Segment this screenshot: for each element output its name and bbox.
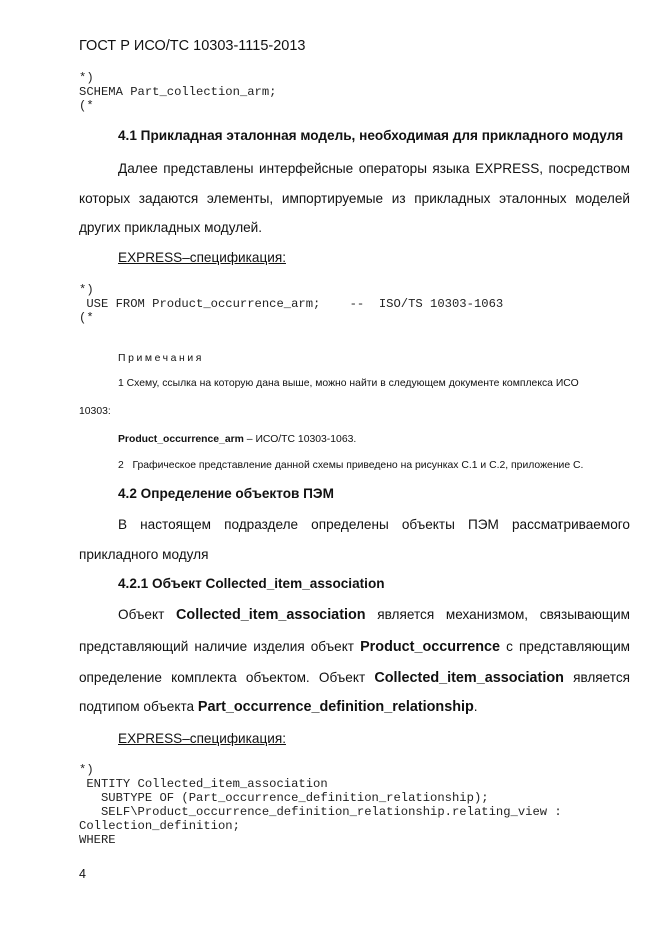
text: определение комплекта объектом. Объект <box>79 670 374 685</box>
document-header: ГОСТ Р ИСО/ТС 10303-1115-2013 <box>79 38 305 54</box>
code-line: SELF\Product_occurrence_definition_relat… <box>79 806 562 820</box>
code-line: ENTITY Collected_item_association <box>79 778 328 792</box>
entity-name: Part_occurrence_definition_relationship <box>198 699 474 715</box>
section-heading-4-2: 4.2 Определение объектов ПЭМ <box>118 486 334 501</box>
code-line: *) <box>79 284 94 298</box>
text: Объект <box>118 607 176 622</box>
note-1-line: 1 Схему, ссылка на которую дана выше, мо… <box>118 378 579 389</box>
paragraph-line: которых задаются элементы, импортируемые… <box>79 191 630 206</box>
section-heading-4-2-1: 4.2.1 Объект Collected_item_association <box>118 576 385 591</box>
code-line: Collection_definition; <box>79 820 240 834</box>
paragraph-line: Далее представлены интерфейсные оператор… <box>79 161 630 176</box>
code-line: SCHEMA Part_collection_arm; <box>79 86 276 100</box>
note-2: 2 Графическое представление данной схемы… <box>118 460 583 471</box>
document-page: ГОСТ Р ИСО/ТС 10303-1115-2013 *) SCHEMA … <box>0 0 661 935</box>
express-spec-label: EXPRESS–спецификация: <box>118 250 286 265</box>
note-1-line: 10303: <box>79 406 111 417</box>
code-line: SUBTYPE OF (Part_occurrence_definition_r… <box>79 792 489 806</box>
code-line: (* <box>79 312 94 326</box>
code-line: WHERE <box>79 834 116 848</box>
paragraph-line: В настоящем подразделе определены объект… <box>79 517 630 532</box>
paragraph-line: Объект Collected_item_association являет… <box>79 607 630 623</box>
express-spec-label: EXPRESS–спецификация: <box>118 731 286 746</box>
text: представляющий наличие изделия объект <box>79 639 360 654</box>
text: является механизмом, связывающим <box>366 607 630 622</box>
entity-name: Collected_item_association <box>374 670 564 686</box>
text: с представляющим <box>500 639 630 654</box>
entity-name: Collected_item_association <box>176 607 366 623</box>
text: . <box>474 699 478 714</box>
section-heading-4-1: 4.1 Прикладная эталонная модель, необход… <box>118 128 623 143</box>
entity-name: Product_occurrence <box>360 639 500 655</box>
paragraph-line: других прикладных модулей. <box>79 220 262 235</box>
text: подтипом объекта <box>79 699 198 714</box>
code-line: (* <box>79 100 94 114</box>
notes-title: Примечания <box>118 353 204 364</box>
code-line: *) <box>79 72 94 86</box>
text: является <box>564 670 630 685</box>
note-1-reference: Product_occurrence_arm – ИСО/ТС 10303-10… <box>118 434 356 445</box>
reference-text: – ИСО/ТС 10303-1063. <box>244 434 356 445</box>
code-line: USE FROM Product_occurrence_arm; -- ISO/… <box>79 298 503 312</box>
paragraph-line: подтипом объекта Part_occurrence_definit… <box>79 699 478 715</box>
schema-name: Product_occurrence_arm <box>118 434 244 445</box>
code-line: *) <box>79 764 94 778</box>
paragraph-line: представляющий наличие изделия объект Pr… <box>79 639 630 655</box>
paragraph-line: прикладного модуля <box>79 547 208 562</box>
paragraph-line: определение комплекта объектом. Объект C… <box>79 670 630 686</box>
page-number: 4 <box>79 867 86 881</box>
